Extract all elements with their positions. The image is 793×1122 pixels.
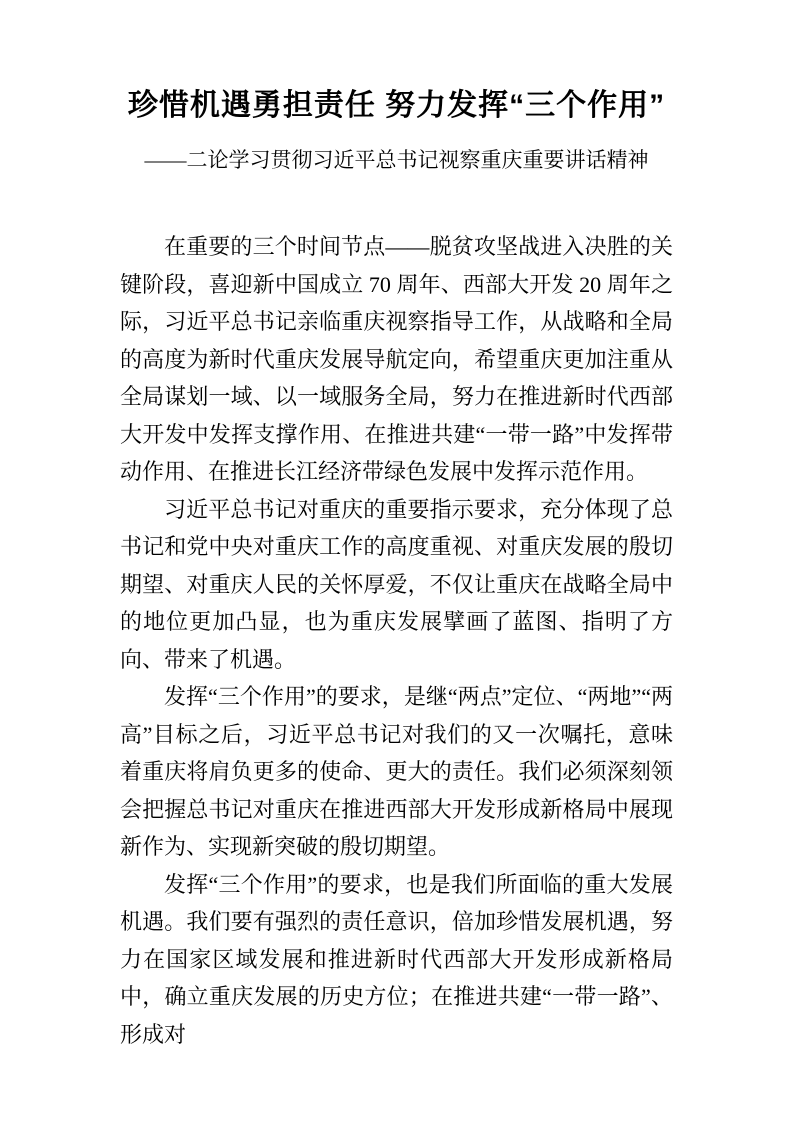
document-subtitle: ——二论学习贯彻习近平总书记视察重庆重要讲话精神 [0,147,793,173]
document-title: 珍惜机遇勇担责任 努力发挥“三个作用” [0,88,793,124]
document-body: 在重要的三个时间节点——脱贫攻坚战进入决胜的关键阶段，喜迎新中国成立 70 周年… [0,228,793,1053]
body-paragraph-4: 发挥“三个作用”的要求，也是我们所面临的重大发展机遇。我们要有强烈的责任意识，倍… [120,866,673,1054]
document-page: 珍惜机遇勇担责任 努力发挥“三个作用” ——二论学习贯彻习近平总书记视察重庆重要… [0,0,793,1122]
body-paragraph-3: 发挥“三个作用”的要求，是继“两点”定位、“两地”“两高”目标之后，习近平总书记… [120,678,673,866]
body-paragraph-1: 在重要的三个时间节点——脱贫攻坚战进入决胜的关键阶段，喜迎新中国成立 70 周年… [120,228,673,491]
body-paragraph-2: 习近平总书记对重庆的重要指示要求，充分体现了总书记和党中央对重庆工作的高度重视、… [120,491,673,679]
